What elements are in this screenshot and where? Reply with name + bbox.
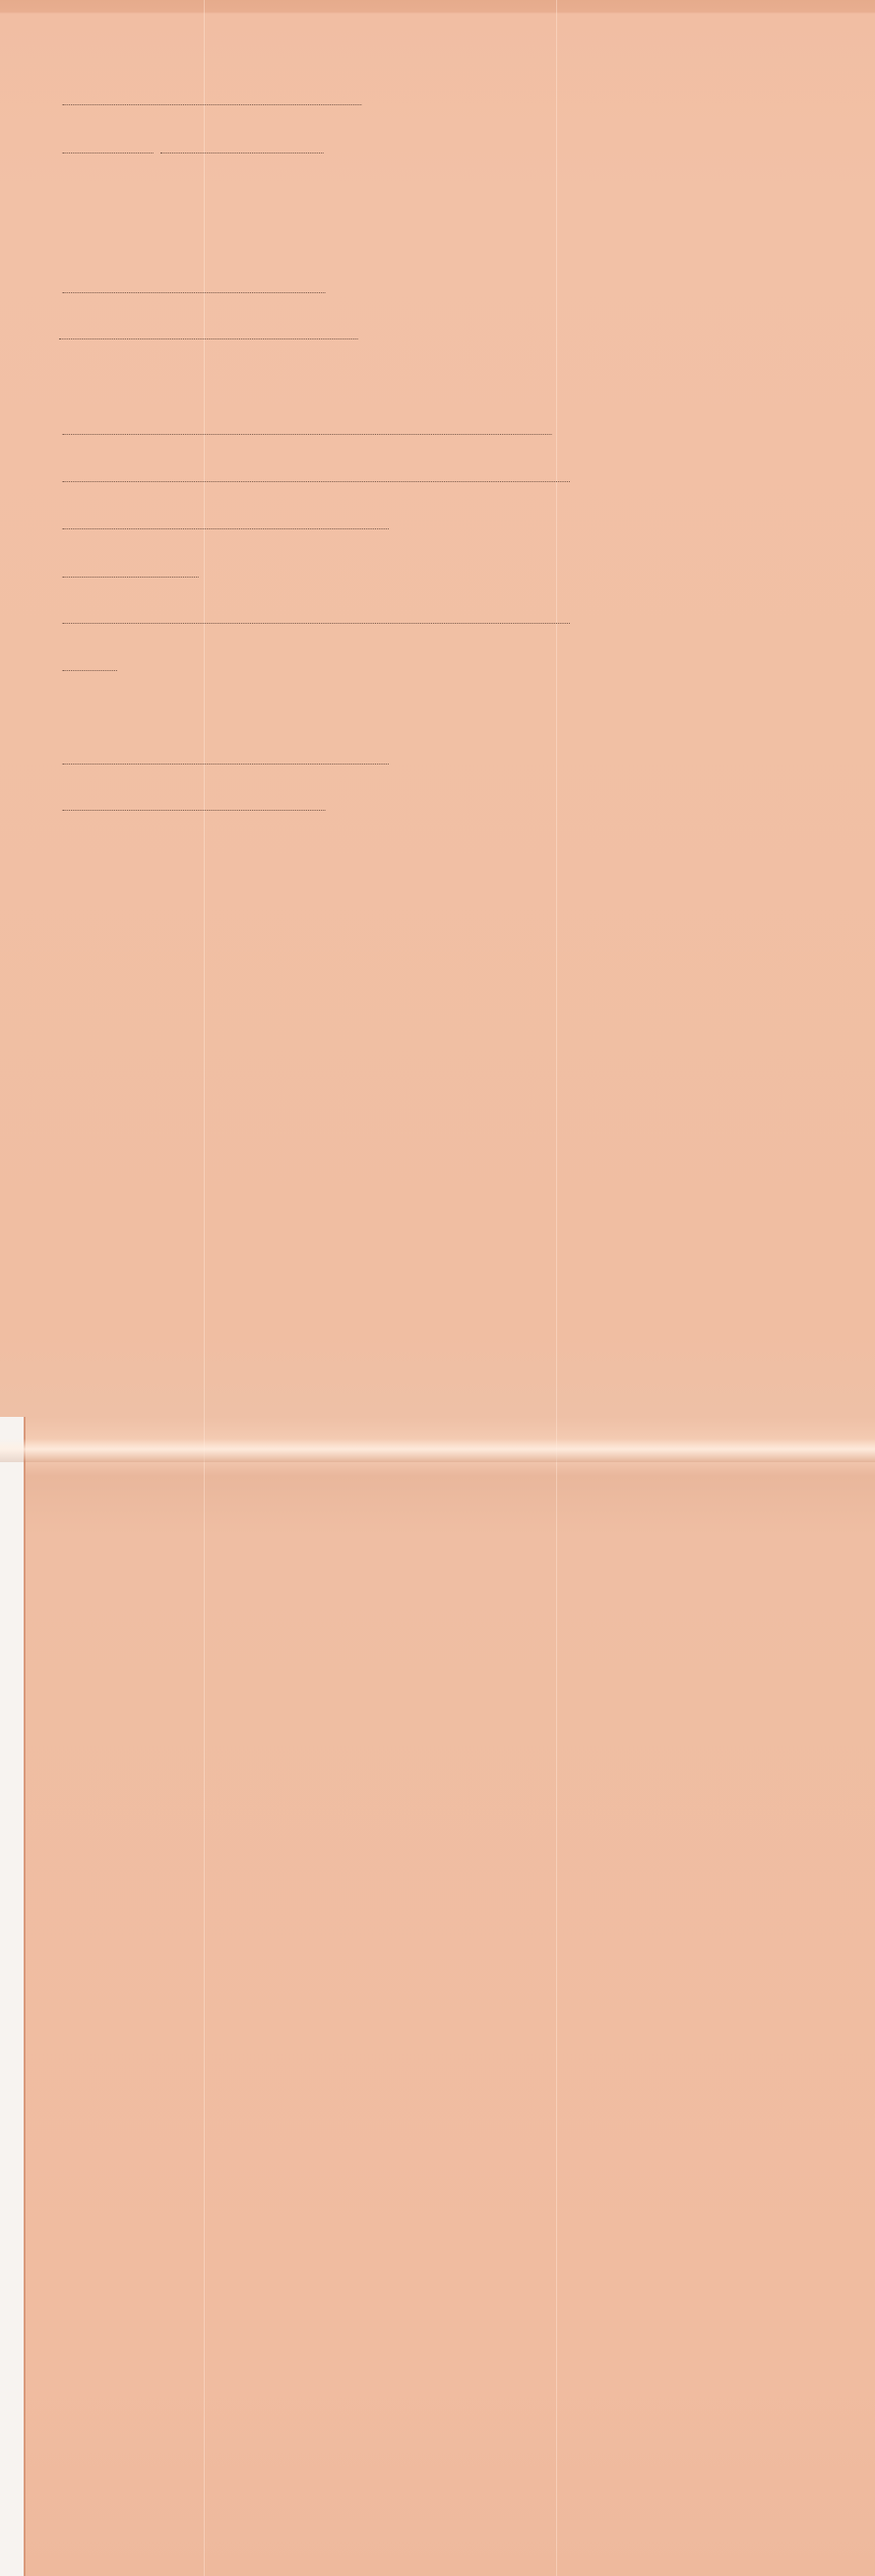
deed-line (59, 308, 764, 343)
deed-line (59, 872, 764, 907)
struck-off-to-field (63, 593, 570, 624)
deed-line (59, 592, 764, 628)
deed-line (59, 918, 764, 953)
deed-line (59, 687, 764, 722)
defendants-field (63, 263, 326, 293)
sale-month-field (160, 123, 324, 153)
sheriff-field (63, 75, 362, 105)
deed-line (59, 733, 764, 768)
deed-line (59, 1010, 764, 1045)
deed-line (59, 356, 764, 392)
deed-line (59, 640, 764, 675)
bid-amount-field (63, 499, 389, 529)
scan-margin (0, 1417, 24, 2576)
deed-line (59, 1055, 764, 1090)
pronoun-field (63, 641, 117, 671)
paper-fold (0, 1439, 875, 1462)
deed-line (59, 779, 764, 815)
deed-line (59, 216, 764, 252)
purchaser-field (63, 734, 389, 765)
deed-line (59, 498, 764, 533)
page-edge (24, 1417, 26, 2576)
deed-line (59, 169, 764, 205)
bid-cents-field (63, 547, 199, 578)
deed-line (59, 827, 764, 862)
sheriff-field (63, 780, 326, 811)
deed-line (59, 122, 764, 157)
deed-line (59, 74, 764, 109)
sale-day-field (63, 123, 154, 153)
defendants-field (63, 404, 552, 435)
defendants-field (59, 309, 358, 339)
deed-line (59, 546, 764, 582)
deed-line (59, 433, 764, 468)
deed-line (59, 964, 764, 1000)
deed-line (59, 262, 764, 297)
